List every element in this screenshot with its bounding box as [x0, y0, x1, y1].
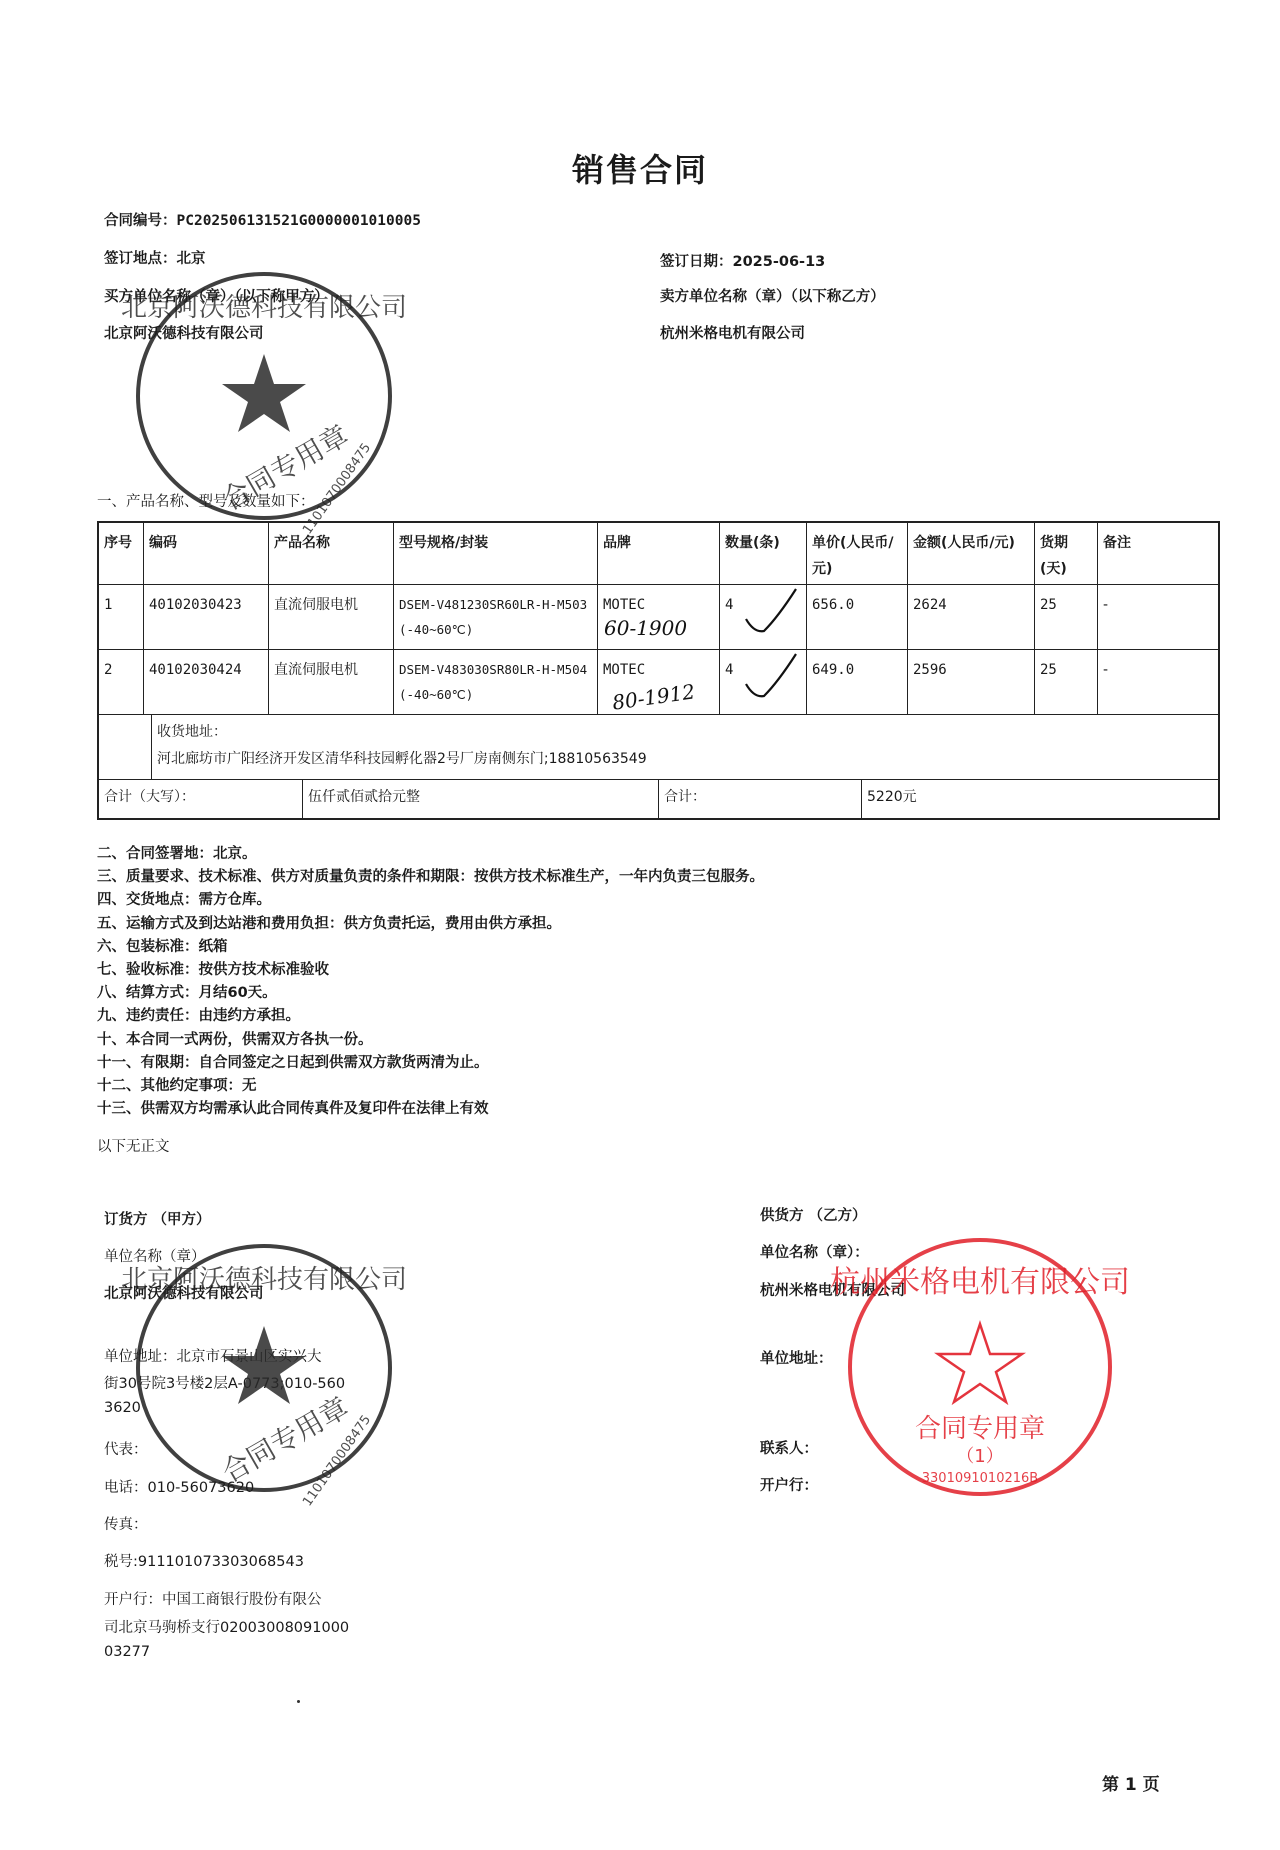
row-brand: MOTEC 80-1912: [598, 650, 720, 714]
checkmark-icon: [738, 587, 798, 637]
clause-item: 七、验收标准：按供方技术标准验收: [97, 958, 329, 979]
row-qty: 4: [720, 585, 807, 649]
total-value: 5220元: [862, 780, 1218, 818]
header-cell: 货期(天): [1035, 523, 1098, 584]
total-upper-value: 伍仟贰佰贰拾元整: [303, 780, 659, 818]
buyer-contract-stamp-bottom: 北京阿沃德科技有限公司 合同专用章 1101070008475: [136, 1244, 392, 1492]
row-code: 40102030423: [144, 585, 269, 649]
stamp-graphic: 北京阿沃德科技有限公司 合同专用章 1101070008475: [140, 276, 388, 516]
clause-item: 八、结算方式：月结60天。: [97, 981, 277, 1002]
seller-name: 杭州米格电机有限公司: [660, 322, 805, 343]
seller-contract-stamp: 杭州米格电机有限公司 合同专用章 （1） 3301091010216B: [848, 1238, 1112, 1496]
party-a-address-3: 3620: [104, 1400, 141, 1416]
clause-item: 九、违约责任：由违约方承担。: [97, 1004, 300, 1025]
stamp-purpose-text: 合同专用章: [915, 1414, 1045, 1444]
total-upper-label: 合计（大写）：: [99, 780, 303, 818]
address-label: 收货地址：: [157, 719, 1213, 746]
brand-text: MOTEC: [603, 662, 645, 678]
seller-label: 卖方单位名称（章）（以下称乙方）: [660, 285, 885, 306]
header-cell: 产品名称: [269, 523, 394, 584]
row-model: DSEM-V481230SR60LR-H-M503(-40~60℃): [394, 585, 598, 649]
clause-item: 十二、其他约定事项：无: [97, 1074, 257, 1095]
total-label: 合计：: [659, 780, 862, 818]
checkmark-icon: [738, 652, 798, 702]
address-row: 收货地址： 河北廊坊市广阳经济开发区清华科技园孵化器2号厂房南侧东门;18810…: [99, 715, 1218, 780]
buyer-contract-stamp-top: 北京阿沃德科技有限公司 合同专用章 1101070008475: [136, 272, 392, 520]
stamp-graphic: 杭州米格电机有限公司 合同专用章 （1） 3301091010216B: [852, 1242, 1108, 1492]
header-cell: 编码: [144, 523, 269, 584]
party-b-contact: 联系人：: [760, 1437, 818, 1458]
row-code: 40102030424: [144, 650, 269, 714]
header-cell: 单价(人民币/元): [807, 523, 908, 584]
header-cell: 型号规格/封装: [394, 523, 598, 584]
header-cell: 品牌: [598, 523, 720, 584]
address-spacer: [99, 715, 152, 779]
header-cell: 数量(条): [720, 523, 807, 584]
row-no: 2: [99, 650, 144, 714]
stray-mark: [297, 1700, 300, 1703]
sign-date: 签订日期：2025-06-13: [660, 250, 825, 271]
table-row: 1 40102030423 直流伺服电机 DSEM-V481230SR60LR-…: [99, 585, 1218, 650]
row-model: DSEM-V483030SR80LR-H-M504(-40~60℃): [394, 650, 598, 714]
row-product-name: 直流伺服电机: [269, 650, 394, 714]
party-a-heading: 订货方 （甲方）: [104, 1208, 211, 1229]
clause-item: 三、质量要求、技术标准、供方对质量负责的条件和期限：按供方技术标准生产，一年内负…: [97, 865, 764, 886]
handwritten-note: 60-1900: [604, 615, 687, 641]
table-row: 2 40102030424 直流伺服电机 DSEM-V483030SR80LR-…: [99, 650, 1218, 715]
product-table: 序号 编码 产品名称 型号规格/封装 品牌 数量(条) 单价(人民币/元) 金额…: [97, 521, 1220, 820]
contract-number: 合同编号：PC202506131521G0000001010005: [104, 209, 421, 230]
brand-text: MOTEC: [603, 597, 645, 613]
total-row: 合计（大写）： 伍仟贰佰贰拾元整 合计： 5220元: [99, 780, 1218, 818]
row-qty: 4: [720, 650, 807, 714]
address-value: 河北廊坊市广阳经济开发区清华科技园孵化器2号厂房南侧东门;18810563549: [157, 746, 1213, 773]
row-price: 656.0: [807, 585, 908, 649]
qty-text: 4: [725, 597, 733, 613]
stamp-graphic: 北京阿沃德科技有限公司 合同专用章 1101070008475: [140, 1248, 388, 1488]
end-note: 以下无正文: [97, 1135, 170, 1156]
row-brand: MOTEC 60-1900: [598, 585, 720, 649]
clause-item: 二、合同签署地：北京。: [97, 842, 257, 863]
party-b-address: 单位地址：: [760, 1347, 833, 1368]
clause-item: 四、交货地点：需方仓库。: [97, 888, 271, 909]
header-cell: 备注: [1098, 523, 1218, 584]
table-header-row: 序号 编码 产品名称 型号规格/封装 品牌 数量(条) 单价(人民币/元) 金额…: [99, 523, 1218, 585]
page-footer: 第 1 页: [1102, 1770, 1160, 1795]
row-remark: -: [1098, 650, 1218, 714]
header-cell: 金额(人民币/元): [908, 523, 1035, 584]
row-price: 649.0: [807, 650, 908, 714]
party-b-bank: 开户行：: [760, 1474, 818, 1495]
clause-item: 十三、供需双方均需承认此合同传真件及复印件在法律上有效: [97, 1097, 489, 1118]
clause-item: 十一、有限期：自合同签定之日起到供需双方款货两清为止。: [97, 1051, 489, 1072]
row-amount: 2624: [908, 585, 1035, 649]
stamp-sub-text: （1）: [956, 1446, 1003, 1467]
row-product-name: 直流伺服电机: [269, 585, 394, 649]
handwritten-note: 80-1912: [611, 678, 697, 715]
row-lead-time: 25: [1035, 650, 1098, 714]
document-title: 销售合同: [0, 145, 1280, 191]
party-a-tax-id: 税号:911101073303068543: [104, 1550, 304, 1571]
row-no: 1: [99, 585, 144, 649]
qty-text: 4: [725, 662, 733, 678]
party-a-bank-1: 开户行：中国工商银行股份有限公: [104, 1588, 322, 1609]
stamp-company-text: 北京阿沃德科技有限公司: [121, 1265, 407, 1295]
stamp-company-text: 北京阿沃德科技有限公司: [121, 293, 407, 323]
clause-item: 十、本合同一式两份，供需双方各执一份。: [97, 1028, 373, 1049]
clause-item: 五、运输方式及到达站港和费用负担：供方负责托运，费用由供方承担。: [97, 912, 561, 933]
party-a-bank-3: 03277: [104, 1644, 150, 1660]
row-lead-time: 25: [1035, 585, 1098, 649]
party-b-heading: 供货方 （乙方）: [760, 1204, 867, 1225]
sign-place: 签订地点：北京: [104, 247, 206, 268]
stamp-number-text: 3301091010216B: [922, 1471, 1038, 1486]
party-a-bank-2: 司北京马驹桥支行02003008091000: [104, 1616, 349, 1637]
party-a-fax: 传真：: [104, 1513, 148, 1534]
row-amount: 2596: [908, 650, 1035, 714]
row-remark: -: [1098, 585, 1218, 649]
header-cell: 序号: [99, 523, 144, 584]
clause-item: 六、包装标准：纸箱: [97, 935, 228, 956]
stamp-company-text: 杭州米格电机有限公司: [830, 1265, 1130, 1300]
address-cell: 收货地址： 河北廊坊市广阳经济开发区清华科技园孵化器2号厂房南侧东门;18810…: [152, 715, 1218, 779]
